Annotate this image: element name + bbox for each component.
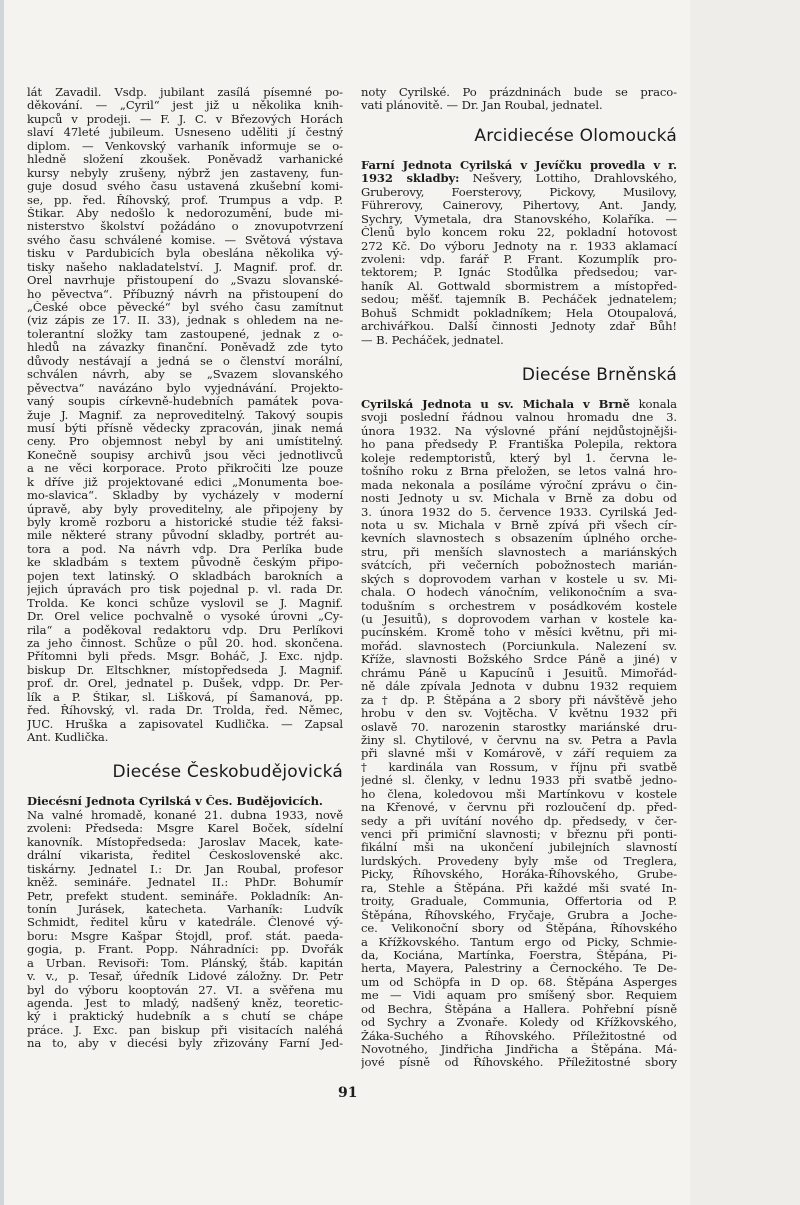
text-line: ně dále zpívala Jednota v dubnu 1932 req… [361,680,677,693]
text-line: svého času schválené komise. — Světová v… [27,234,343,247]
text-line: nosti Jednoty u sv. Michala v Brně za do… [361,492,677,505]
text-line: ra, Stehle a Štěpána. Při každé mši svat… [361,882,677,895]
right-paragraph-jevicko: Farní Jednota Cyrilská v Jevíčku provedl… [361,159,677,347]
text-line: 3. února 1932 do 5. července 1933. Cyril… [361,506,677,519]
text-line: lík a P. Štikar, sl. Lišková, pí Šamanov… [27,691,343,704]
text-line: venci při primiční slavnosti; v březnu p… [361,828,677,841]
text-line: gogia, p. Frant. Popp. Náhradníci: pp. D… [27,943,343,956]
text-line: jové písně od Říhovského. Příležitostné … [361,1056,677,1069]
text-line: me — Vidi aquam pro smíšený sbor. Requie… [361,989,677,1002]
text-fragment: Nešvery, Lottiho, Drahlovského, [459,172,677,185]
text-line: koleje redemptoristů, který byl 1. červn… [361,452,677,465]
text-line: hrobu v den sv. Vojtěcha. V květnu 1932 … [361,707,677,720]
text-line: haník Al. Gottwald sbormistrem a místopř… [361,280,677,293]
text-line: tiskárny. Jednatel I.: Dr. Jan Roubal, p… [27,863,343,876]
text-line: chala. O hodech vánočním, velikonočním a… [361,586,677,599]
text-line: zvoleni: vdp. farář P. Frant. Kozumplík … [361,253,677,266]
text-line: Konečně soupisy archivů jsou věci jednot… [27,449,343,462]
text-line: ho člena, koledovou mši Martínkovu v kos… [361,788,677,801]
text-line: JUC. Hruška a zapisovatel Kudlička. — Za… [27,718,343,731]
text-line: ký i praktický hudebník a s chutí se chá… [27,1010,343,1023]
text-line: svoji poslední řádnou valnou hromadu dne… [361,411,677,424]
page-edge [0,0,4,1205]
text-line: Gruberovy, Foersterovy, Pickovy, Musilov… [361,186,677,199]
text-line: fikální mši na ukončení jubilejních slav… [361,841,677,854]
left-paragraph-minutes: lát Zavadil. Vsdp. jubilant zasílá písem… [27,86,343,744]
text-line: důvody nestávají a jedná se o členství m… [27,355,343,368]
text-line: oslavě 70. narozenin starostky mariánské… [361,721,677,734]
text-line: „České obce pěvecké“ byl svého času zamí… [27,301,343,314]
text-line: ských s doprovodem varhan v kostele u sv… [361,573,677,586]
text-line: ho pěvectva“. Příbuzný návrh na přistoup… [27,288,343,301]
text-line: Dr. Orel velice pochvalně o vysoké úrovn… [27,610,343,623]
text-line: pojen text latinský. O skladbách barokní… [27,570,343,583]
text-line: lát Zavadil. Vsdp. jubilant zasílá písem… [27,86,343,99]
text-line: Kříže, slavnosti Božského Srdce Páně a j… [361,653,677,666]
text-line: úpravě, aby byly proveditelny, ale připo… [27,503,343,516]
text-line: Petr, prefekt student. semináře. Pokladn… [27,890,343,903]
right-column: noty Cyrilské. Po prázdninách bude se pr… [361,86,677,1070]
text-line: vati plánovitě. — Dr. Jan Roubal, jednat… [361,99,677,112]
text-line: Sychry, Vymetala, dra Stanovského, Kolař… [361,213,677,226]
text-line: 272 Kč. Do výboru Jednoty na r. 1933 akl… [361,240,677,253]
paragraph-bold-line: Farní Jednota Cyrilská v Jevíčku provedl… [361,159,677,172]
page-number: 91 [338,1085,357,1101]
text-line: sedy a při uvítání nového dp. předsedy, … [361,815,677,828]
text-line: kursy nebyly zrušeny, nýbrž jen zastaven… [27,167,343,180]
text-line: se, pp. řed. Říhovský, prof. Trumpus a v… [27,194,343,207]
bold-fragment: 1932 skladby: [361,172,459,185]
text-line: Picky, Říhovského, Horáka-Říhovského, Gr… [361,868,677,881]
text-line: a Urban. Revisoři: Tom. Plánský, štáb. k… [27,957,343,970]
text-line: Führerovy, Cainerovy, Pihertovy, Ant. Ja… [361,199,677,212]
text-line: boru: Msgre Kašpar Štojdl, prof. stát. p… [27,930,343,943]
text-line: tošního roku z Brna přeložen, se letos v… [361,465,677,478]
right-paragraph-brno: Cyrilská Jednota u sv. Michala v Brně ko… [361,398,677,1070]
text-line: ce. Velikonoční sbory od Štěpána, Říhovs… [361,922,677,935]
text-line: od Sychry a Zvonaře. Koledy od Křížkovsk… [361,1016,677,1029]
paragraph-mixed-line: 1932 skladby: Nešvery, Lottiho, Drahlovs… [361,172,677,185]
text-line: kevních slavnostech s obsazením úplného … [361,532,677,545]
bold-fragment: Cyrilská Jednota u sv. Michala v Brně [361,398,630,411]
text-line: zvoleni: Předseda: Msgre Karel Boček, sí… [27,822,343,835]
text-line: hledů na závazky finanční. Poněvadž zde … [27,341,343,354]
text-line: troity, Graduale, Communia, Offertoria o… [361,895,677,908]
text-line: žiny sl. Chytilové, v červnu na sv. Petr… [361,734,677,747]
text-line: Členů bylo koncem roku 22, pokladní hoto… [361,226,677,239]
text-line: Na valné hromadě, konané 21. dubna 1933,… [27,809,343,822]
text-line: Štikar. Aby nedošlo k nedorozumění, bude… [27,207,343,220]
text-line: (u Jesuitů), s doprovodem varhan v koste… [361,613,677,626]
text-line: agenda. Jest to mladý, nadšený kněz, teo… [27,997,343,1010]
text-line: — B. Pecháček, jednatel. [361,334,677,347]
text-line: byl do výboru kooptován 27. VI. a svěřen… [27,984,343,997]
text-line: pucínském. Kromě toho v měsíci květnu, p… [361,626,677,639]
text-line: schválen návrh, aby se „Svazem slovanské… [27,368,343,381]
text-line: Štěpána, Říhovského, Fryčaje, Grubra a J… [361,909,677,922]
text-line: kněž. semináře. Jednatel II.: PhDr. Bohu… [27,876,343,889]
text-line: práce. J. Exc. pan biskup při visitacích… [27,1024,343,1037]
text-line: Bohuš Schmidt pokladníkem; Hela Otoupalo… [361,307,677,320]
text-line: na to, aby v diecési byly zřizovány Farn… [27,1037,343,1050]
text-line: žuje J. Magnif. za neproveditelný. Takov… [27,409,343,422]
text-line: jejich úpravách pro tisk pojednal p. vl.… [27,583,343,596]
text-line: Trolda. Ke konci schůze vyslovil se J. M… [27,597,343,610]
paragraph-bold-lead: Diecésní Jednota Cyrilská v Čes. Budějov… [27,795,343,808]
text-line: Schmidt, ředitel kůru v katedrále. Členo… [27,916,343,929]
text-line: za jeho činnost. Schůze o půl 20. hod. s… [27,637,343,650]
text-line: rila“ a poděkoval redaktoru vdp. Dru Per… [27,624,343,637]
text-line: v. v., p. Tesař, úředník Lidové záložny.… [27,970,343,983]
text-line: řed. Říhovský, vl. rada Dr. Trolda, řed.… [27,704,343,717]
text-line: da, Kociána, Martínka, Foerstra, Štěpána… [361,949,677,962]
text-line: Přítomni byli předs. Msgr. Boháč, J. Exc… [27,650,343,663]
text-line: noty Cyrilské. Po prázdninách bude se pr… [361,86,677,99]
text-line: tektorem; P. Ignác Stodůlka předsedou; v… [361,266,677,279]
text-line: drální vikarista, ředitel Československé… [27,849,343,862]
text-line: hledně složení zkoušek. Poněvadž varhani… [27,153,343,166]
text-line: tolerantní složky tam zastoupené, jednak… [27,328,343,341]
text-line: kupců v prodeji. — F. J. C. v Březových … [27,113,343,126]
text-line: děkování. — „Cyril“ jest již u několika … [27,99,343,112]
text-line: tisky našeho nakladatelství. J. Magnif. … [27,261,343,274]
text-line: tisku v Pardubicích byla obeslána několi… [27,247,343,260]
text-line: nisterstvo školství požádáno o znovupotv… [27,220,343,233]
text-line: slaví 47leté jubileum. Usneseno uděliti … [27,126,343,139]
text-line: biskup Dr. Eltschkner, místopředseda J. … [27,664,343,677]
text-line: archivářkou. Další činnosti Jednoty zdař… [361,320,677,333]
text-line: sedou; měšť. tajemník B. Pecháček jednat… [361,293,677,306]
text-fragment: konala [630,398,677,411]
text-line: ceny. Pro objemnost nebyl by ani umístit… [27,435,343,448]
text-line: guje dosud svého času ustavená zkušební … [27,180,343,193]
text-line: mo-slavica“. Skladby by vycházely v mode… [27,489,343,502]
text-line: stru, při menších slavnostech a mariánsk… [361,546,677,559]
text-line: todušním s orchestrem v posádkovém koste… [361,600,677,613]
left-column: lát Zavadil. Vsdp. jubilant zasílá písem… [27,86,343,1051]
text-line: a Křížkovského. Tantum ergo od Picky, Sc… [361,936,677,949]
text-line: byly kromě rozboru a historické studie t… [27,516,343,529]
text-line: um od Schöpfa in D op. 68. Štěpána Asper… [361,976,677,989]
text-line: od Bechra, Štěpána a Hallera. Pohřební p… [361,1003,677,1016]
text-line: lurdských. Provedeny byly mše od Tregler… [361,855,677,868]
left-paragraph-ceske-budejovice: Diecésní Jednota Cyrilská v Čes. Budějov… [27,795,343,1050]
text-line: svátcích, při večerních pobožnostech mar… [361,559,677,572]
text-line: ke skladbám s textem původně českým přip… [27,556,343,569]
text-line: chrámu Páně u Kapucínů i Jesuitů. Mimořá… [361,667,677,680]
text-line: jedné sl. členky, v lednu 1933 při svatb… [361,774,677,787]
right-paragraph-continuation: noty Cyrilské. Po prázdninách bude se pr… [361,86,677,113]
text-line: mořád. slavnostech (Porciunkula. Nalezen… [361,640,677,653]
heading-olomoucka: Arcidiecése Olomoucká [361,125,677,147]
text-line: musí býti přísně vědecky zpracován, jina… [27,422,343,435]
text-line: kanovník. Místopředseda: Jaroslav Macek,… [27,836,343,849]
text-line: Novotného, Jindřicha Jindřicha a Štěpána… [361,1043,677,1056]
text-line: mada nekonala a posíláme výroční zprávu … [361,479,677,492]
text-line: herta, Mayera, Palestriny a Černockého. … [361,962,677,975]
text-line: tora a pod. Na návrh vdp. Dra Perlíka bu… [27,543,343,556]
text-line: na Křenové, v červnu při rozloučení dp. … [361,801,677,814]
text-line: mile některé strany původní skladby, por… [27,529,343,542]
text-line: února 1932. Na výslovné přání nejdůstojn… [361,425,677,438]
text-line: pěvectva“ navázáno bylo vyjednávání. Pro… [27,382,343,395]
text-line: Ant. Kudlička. [27,731,343,744]
text-line: při slavné mši v Komárově, v září requie… [361,747,677,760]
text-line: za † dp. P. Štěpána a 2 sbory při návště… [361,694,677,707]
heading-brnenska: Diecése Brněnská [361,364,677,386]
text-line: diplom. — Venkovský varhaník informuje s… [27,140,343,153]
text-line: † kardinála van Rossum, v říjnu při svat… [361,761,677,774]
text-line: Orel navrhuje přistoupení do „Svazu slov… [27,274,343,287]
text-line: nota u sv. Michala v Brně zpívá při všec… [361,519,677,532]
text-line: Žáka-Suchého a Říhovského. Příležitostné… [361,1030,677,1043]
text-line: k dříve již projektované edici „Monument… [27,476,343,489]
text-line: tonín Jurásek, katecheta. Varhaník: Ludv… [27,903,343,916]
text-line: vaný soupis církevně-hudebních památek p… [27,395,343,408]
text-line: a ne věci korporace. Proto přikročiti lz… [27,462,343,475]
paragraph-mixed-line: Cyrilská Jednota u sv. Michala v Brně ko… [361,398,677,411]
heading-ceskobudejovicka: Diecése Českobudějovická [27,761,343,783]
text-line: ho pana předsedy P. Františka Polepila, … [361,438,677,451]
text-line: (viz zápis ze 17. II. 33), jednak s ohle… [27,314,343,327]
text-line: prof. dr. Orel, jednatel p. Dušek, vdpp.… [27,677,343,690]
